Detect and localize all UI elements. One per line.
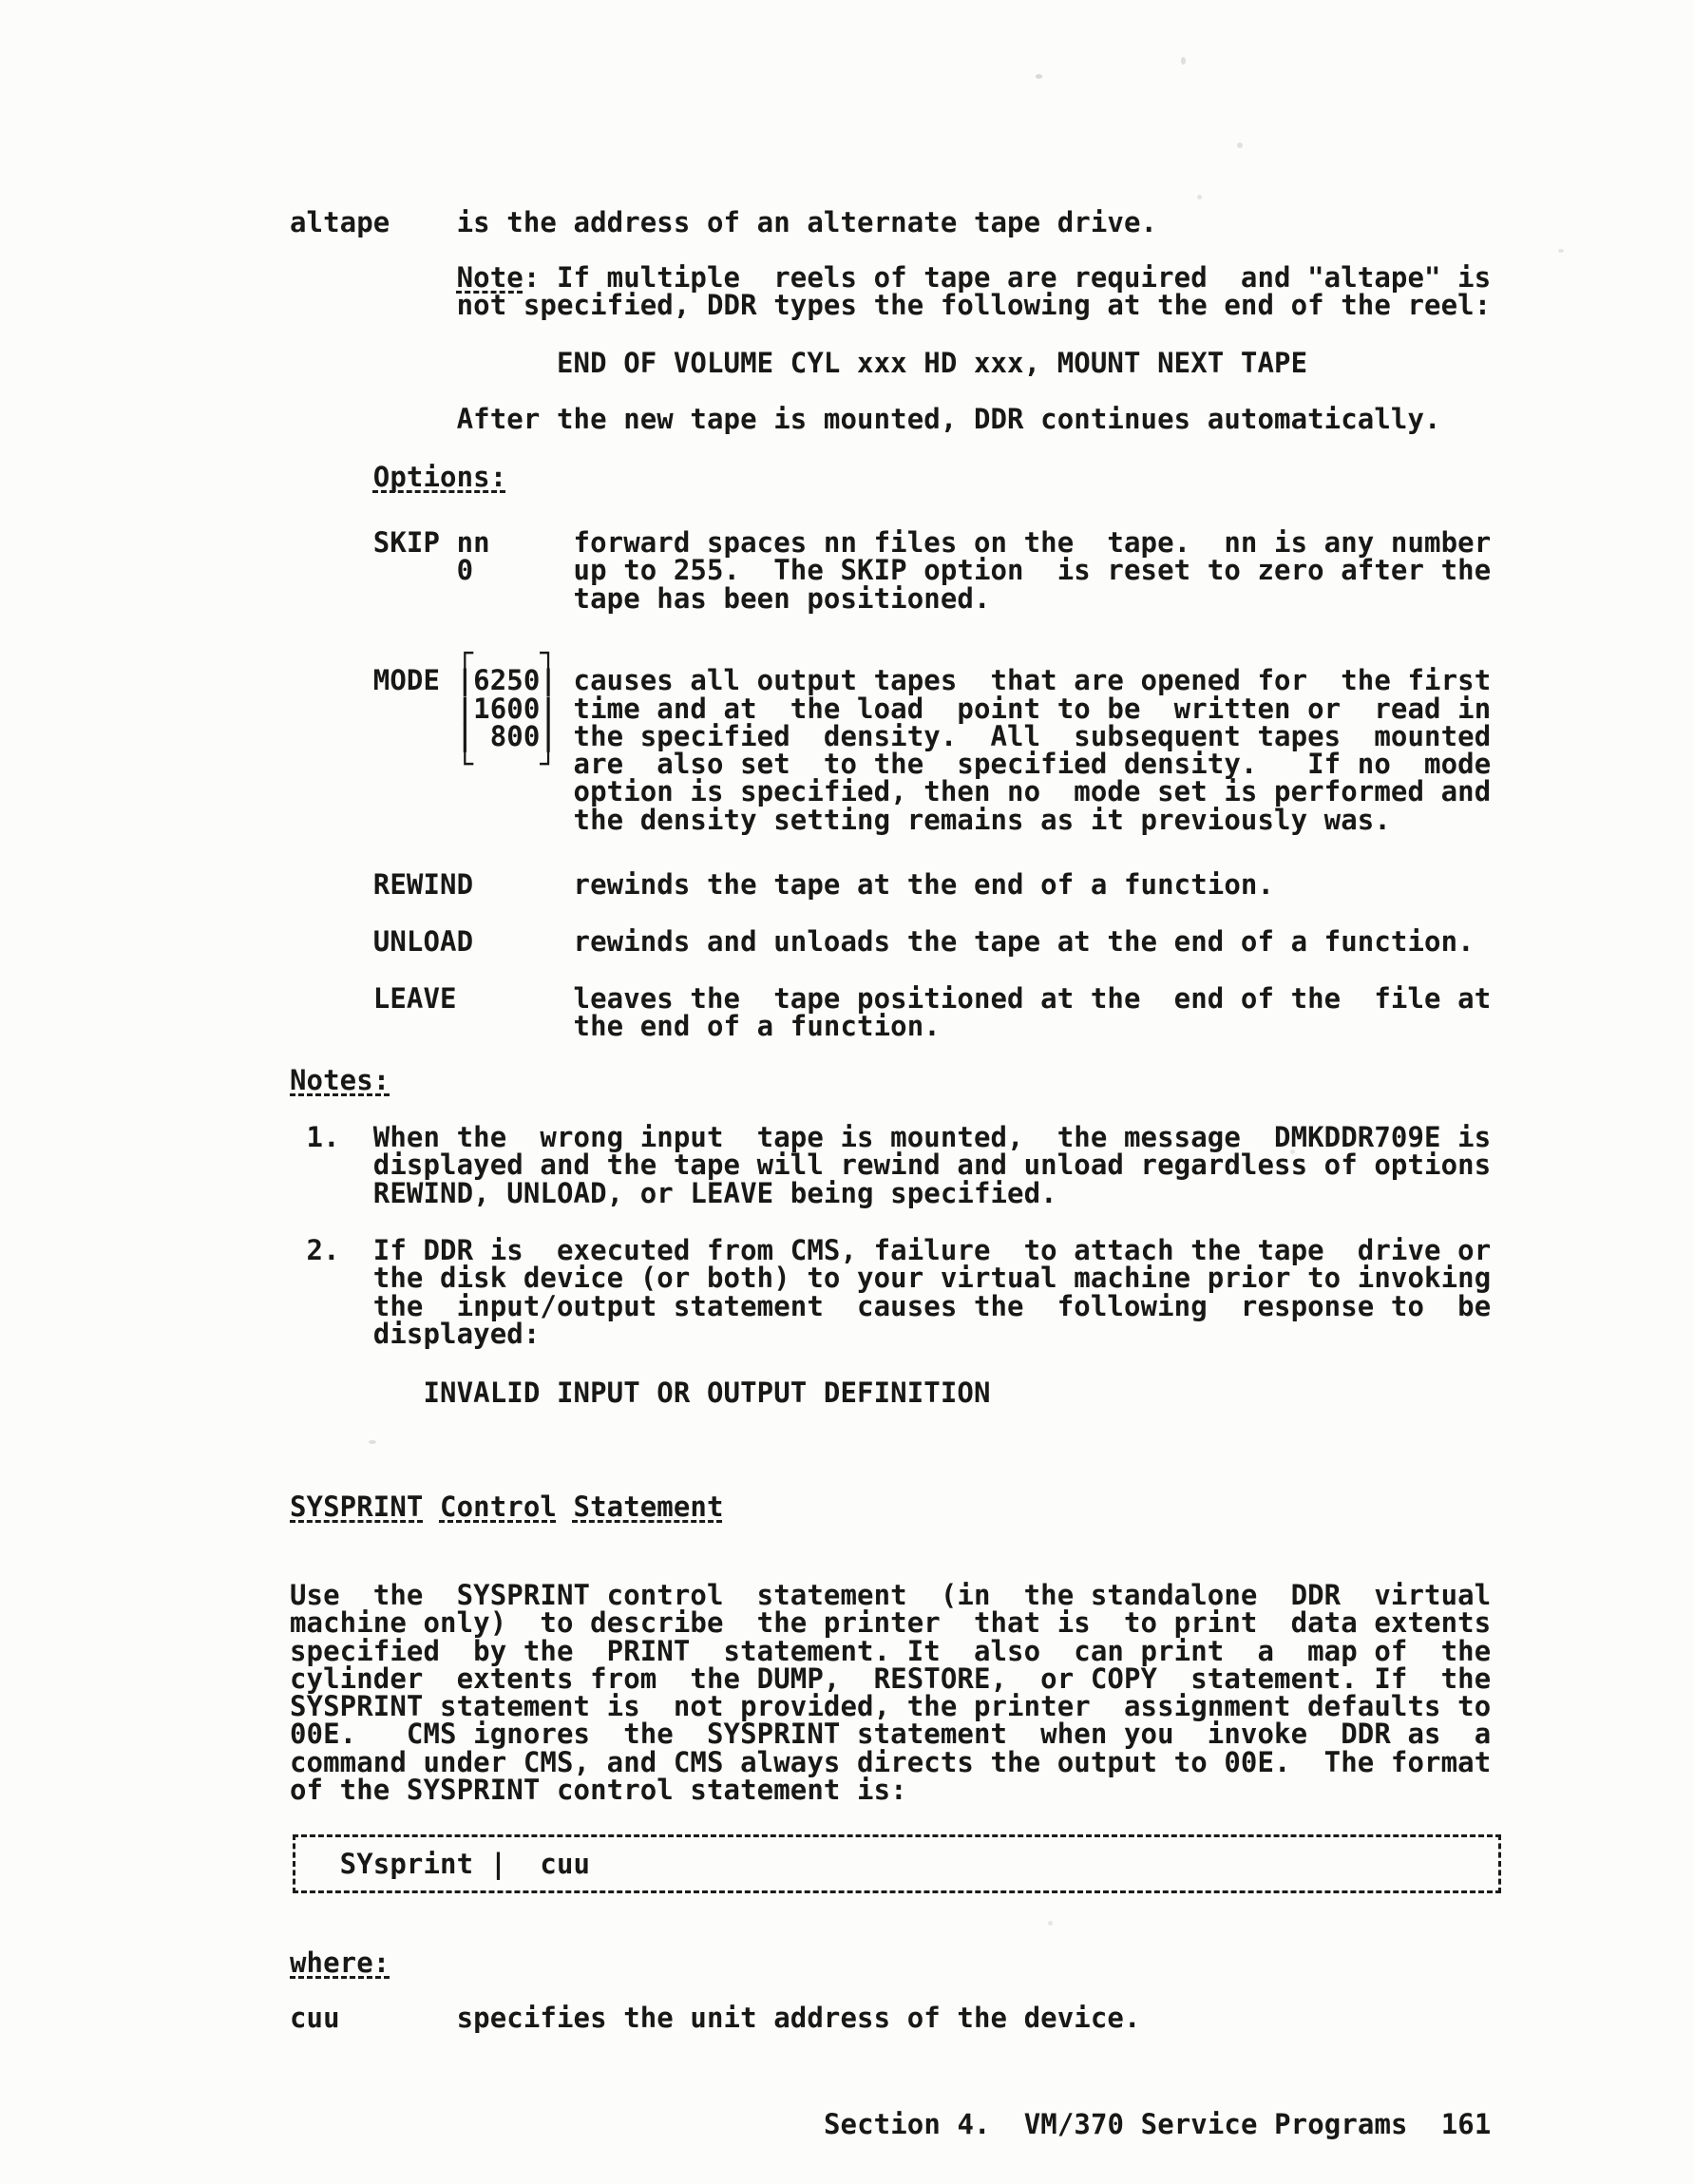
altape-entry: altape is the address of an alternate ta… (290, 209, 1157, 237)
scan-noise (1181, 57, 1186, 65)
after-mount-note: After the new tape is mounted, DDR conti… (290, 406, 1441, 433)
sysprint-underline-word2 (439, 1517, 556, 1523)
scan-noise (1197, 195, 1202, 199)
scan-noise (1558, 249, 1564, 253)
leave-option-entry: LEAVE leaves the tape positioned at the … (290, 985, 1491, 1041)
unload-option-entry: UNLOAD rewinds and unloads the tape at t… (290, 928, 1475, 956)
sysprint-paragraph: Use the SYSPRINT control statement (in t… (290, 1582, 1491, 1804)
cuu-entry: cuu specifies the unit address of the de… (290, 2004, 1141, 2032)
end-of-volume-message: END OF VOLUME CYL xxx HD xxx, MOUNT NEXT… (290, 350, 1307, 377)
note-2: 2. If DDR is executed from CMS, failure … (290, 1237, 1491, 1348)
sysprint-underline-word3 (572, 1517, 722, 1523)
scan-noise (1290, 1149, 1295, 1154)
options-underline (372, 487, 505, 493)
note-underline (456, 288, 523, 294)
page-footer: Section 4. VM/370 Service Programs 161 (824, 2111, 1491, 2138)
notes-underline (290, 1091, 390, 1096)
scan-noise (1036, 74, 1042, 79)
skip-option-entry: SKIP nn forward spaces nn files on the t… (290, 529, 1491, 613)
where-underline (290, 1973, 390, 1979)
sysprint-underline-word1 (290, 1517, 423, 1523)
scan-noise (1048, 1921, 1053, 1926)
scan-noise (1237, 142, 1243, 148)
mode-option-entry: ┌ ┐ MODE |6250| causes all output tapes … (290, 639, 1491, 834)
scanned-manual-page: altape is the address of an alternate ta… (0, 0, 1694, 2184)
invalid-response-message: INVALID INPUT OR OUTPUT DEFINITION (290, 1379, 991, 1407)
note-1: 1. When the wrong input tape is mounted,… (290, 1124, 1491, 1207)
rewind-option-entry: REWIND rewinds the tape at the end of a … (290, 871, 1274, 899)
scan-noise (369, 1440, 376, 1444)
sysprint-format-line: SYsprint | cuu (290, 1851, 590, 1878)
